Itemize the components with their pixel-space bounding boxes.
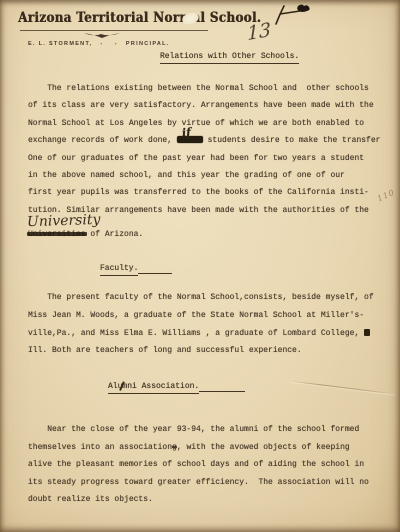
body-line: in the above named school, and this year…	[28, 167, 380, 184]
relations-heading-text: Relations with Other Schools.	[160, 52, 299, 64]
pen-flourish-mark	[270, 2, 316, 26]
school-name: Arizona Territorial Normal School.	[18, 9, 261, 26]
body-line: alive the pleasant memories of school da…	[28, 456, 369, 474]
body-line: Normal School at Los Angeles by virtue o…	[28, 115, 380, 132]
paragraph-faculty: The present faculty of the Normal School…	[28, 289, 374, 360]
body-line: first year pupils was transferred to the…	[28, 184, 380, 201]
body-line-with-overstrike: ville,Pa., and Miss Elma E. Williams , a…	[28, 325, 374, 343]
paragraph-alumni: Near the close of the year 93-94, the al…	[28, 421, 369, 509]
paragraph-relations: The relations existing between the Norma…	[28, 80, 380, 219]
corrected-line: Universities of Arizona.	[28, 230, 143, 239]
handwritten-page-number: 13	[247, 19, 272, 45]
principal-line: E. L. STORMENT,- -PRINCIPAL.	[28, 41, 170, 47]
body-line: Miss Jean M. Woods, a graduate of the St…	[28, 307, 374, 325]
body-line: of its class are very satisfactory. Arra…	[28, 97, 380, 114]
heading-underline-extension	[138, 264, 172, 274]
redacted-word: if	[177, 136, 203, 143]
faculty-heading-text: Faculty.	[100, 264, 138, 276]
body-line-with-redaction: exchange records of work done, if studen…	[28, 132, 380, 149]
line-fragment: exchange records of work done,	[28, 136, 177, 145]
typed-text-after-correction: of Arizona.	[86, 230, 144, 239]
body-line-with-strike: themselves into an associationg, with th…	[28, 439, 369, 457]
line-fragment: themselves into an association	[28, 443, 172, 452]
handwritten-insertion: if	[181, 124, 192, 142]
body-line: One of our graduates of the past year ha…	[28, 150, 380, 167]
scanned-document-page: Arizona Territorial Normal School. E. L.…	[0, 0, 400, 532]
body-line: Ill. Both are teachers of long and succe…	[28, 342, 374, 360]
section-heading-alumni: Alumni Association.	[108, 382, 245, 392]
body-line: The relations existing between the Norma…	[28, 80, 380, 97]
overstruck-character	[364, 329, 370, 336]
letterhead: Arizona Territorial Normal School.	[18, 9, 261, 23]
section-heading-faculty: Faculty.	[100, 264, 172, 274]
principal-dashes: - -	[100, 41, 118, 47]
struck-word: Universities	[28, 230, 86, 239]
body-line: The present faculty of the Normal School…	[28, 289, 374, 307]
principal-title: PRINCIPAL.	[126, 41, 170, 47]
paper-crease	[290, 381, 394, 395]
line-fragment: students desire to make the transfer	[203, 136, 381, 145]
body-line: its steady progress toward greater effic…	[28, 474, 369, 492]
handwritten-correction: University	[27, 212, 101, 231]
section-heading-relations: Relations with Other Schools.	[160, 52, 299, 61]
principal-name: E. L. STORMENT,	[28, 41, 92, 47]
body-line: Near the close of the year 93-94, the al…	[28, 421, 369, 439]
line-fragment: , with the avowed objects of keeping	[177, 443, 350, 452]
letterhead-ornament	[82, 31, 122, 39]
body-line: doubt realize its objects.	[28, 491, 369, 509]
line-fragment: ville,Pa., and Miss Elma E. Williams , a…	[28, 329, 364, 338]
heading-underline-extension	[199, 382, 245, 392]
